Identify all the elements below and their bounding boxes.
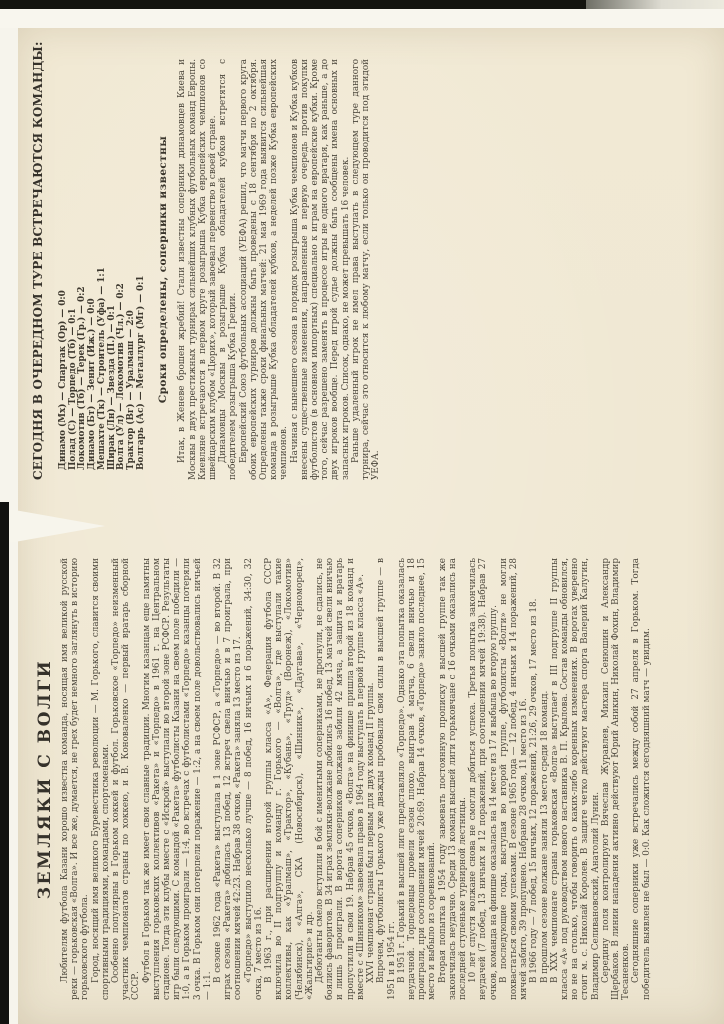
article-paragraph: Вторая попытка в 1954 году завоевать пос… — [438, 558, 469, 1000]
article-paragraph: Динамовцы Москвы в розыгрыше Кубка облад… — [218, 59, 238, 480]
article-paragraph: Раньше удаленный игрок не имел права выс… — [351, 59, 382, 480]
article-paragraph: XXVI чемпионат страны был первым для дву… — [366, 558, 376, 1000]
article-paragraph: Дебютанты смело вступили в бой с имениты… — [315, 558, 366, 1000]
section-subheader: Сроки определены, соперники известны — [157, 59, 169, 480]
article-paragraph: Любителям футбола Казани хорошо известна… — [60, 558, 91, 1000]
left-article-body: Любителям футбола Казани хорошо известна… — [60, 558, 652, 1000]
article-paragraph: В прошлом сезоне волжане заняли 13 место… — [540, 558, 550, 1000]
match-line: Волгарь (Ас) — Металлург (Мг) — 0:1 — [137, 59, 147, 470]
article-paragraph: Начиная с нынешнего сезона в порядок роз… — [290, 59, 351, 480]
scanner-edge-left — [0, 502, 9, 1024]
rotated-page-spread: ЗЕМЛЯКИ С ВОЛГИ Любителям футбола Казани… — [18, 28, 724, 1024]
article-right-page: СЕГОДНЯ В ОЧЕРЕДНОМ ТУРЕ ВСТРЕЧАЮТСЯ КОМ… — [30, 59, 381, 480]
article-left-page: ЗЕМЛЯКИ С ВОЛГИ Любителям футбола Казани… — [35, 558, 652, 1000]
article-paragraph: 10 лет спустя волжане снова не смогли до… — [468, 558, 499, 1000]
article-paragraph: В XXX чемпионате страны горьковская «Вол… — [550, 558, 601, 1000]
article-paragraph: Европейский Союз футбольных ассоциаций (… — [239, 59, 290, 480]
match-list: Динамо (Мх) — Спартак (Ор) — 0:0Полад (С… — [59, 59, 146, 470]
article-paragraph: Середину поля контролируют Вячеслав Жура… — [601, 558, 632, 1000]
page-title: ЗЕМЛЯКИ С ВОЛГИ — [35, 558, 55, 1000]
article-paragraph: В 1951 г. Горький в высшей лиге представ… — [397, 558, 438, 1000]
paper-sheet: ЗЕМЛЯКИ С ВОЛГИ Любителям футбола Казани… — [18, 28, 724, 1024]
matches-header: СЕГОДНЯ В ОЧЕРЕДНОМ ТУРЕ ВСТРЕЧАЮТСЯ КОМ… — [30, 59, 46, 480]
article-paragraph: Футбол в Горьком так же имеет свои славн… — [142, 558, 213, 1000]
article-paragraph: В 1963 г., при расширении второй группы … — [264, 558, 315, 1000]
scanned-programme-page: ЗЕМЛЯКИ С ВОЛГИ Любителям футбола Казани… — [0, 0, 724, 1024]
scanner-edge-top — [0, 0, 586, 9]
right-article-body: Итак, в Женеве брошен жребий! Стали изве… — [177, 59, 381, 480]
page-edge-white-band — [0, 9, 724, 28]
article-paragraph: В последующие годы, выступая во второй г… — [499, 558, 530, 1000]
article-paragraph: Особенно популярны в Горьком хоккей и фу… — [111, 558, 142, 1000]
article-paragraph: Город, носящий имя великого Буревестника… — [91, 558, 111, 1000]
article-paragraph: Итак, в Женеве брошен жребий! Стали изве… — [177, 59, 218, 480]
scanner-edge-top-light — [586, 0, 724, 9]
article-paragraph: В сезоне 1962 года «Ракета» выступала в … — [213, 558, 244, 1000]
article-paragraph: Сегодняшние соперники уже встречались ме… — [631, 558, 651, 1000]
article-paragraph: В 1966 году — 7 побед, 15 ничьих, 12 пор… — [529, 558, 539, 1000]
article-paragraph: Впрочем, футболисты Горького уже дважды … — [376, 558, 396, 1000]
article-paragraph: «Торпедо» выступило несколько лучше — 8 … — [244, 558, 264, 1000]
